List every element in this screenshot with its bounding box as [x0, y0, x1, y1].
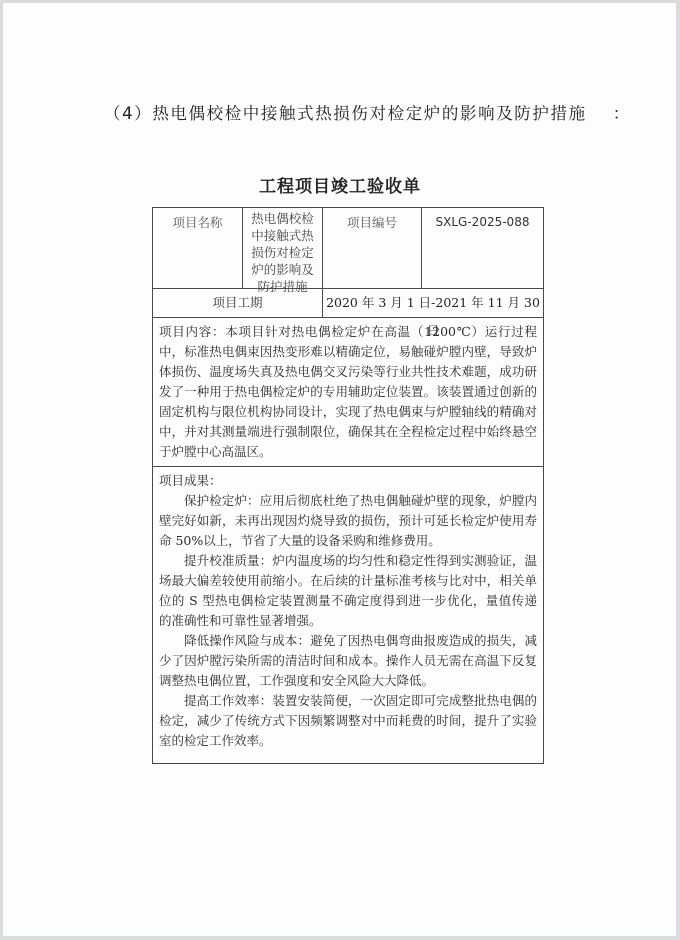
table-row-name: 项目名称 热电偶校检中接触式热损伤对检定炉的影响及防护措施 项目编号 SXLG-… [153, 208, 543, 289]
section-colon: ： [613, 104, 631, 123]
project-no-value: SXLG-2025-088 [422, 208, 543, 288]
project-content: 项目内容：本项目针对热电偶检定炉在高温（1200℃）运行过程中，标准热电偶束因热… [153, 318, 543, 466]
table-row-results: 项目成果： 保护检定炉：应用后彻底杜绝了热电偶触碰炉壁的现象，炉膛内壁完好如新，… [153, 467, 543, 764]
section-title: 热电偶校检中接触式热损伤对检定炉的影响及防护措施 [152, 104, 586, 123]
section-heading: （4）热电偶校检中接触式热损伤对检定炉的影响及防护措施： [104, 100, 631, 124]
acceptance-form-table: 项目名称 热电偶校检中接触式热损伤对检定炉的影响及防护措施 项目编号 SXLG-… [152, 207, 544, 764]
result-item: 提高工作效率：装置安装简便，一次固定即可完成整批热电偶的检定，减少了传统方式下因… [159, 691, 537, 751]
results-label: 项目成果： [159, 471, 537, 491]
result-item: 提升校准质量：炉内温度场的均匀性和稳定性得到实测验证，温场最大偏差较使用前缩小。… [159, 551, 537, 631]
project-results: 项目成果： 保护检定炉：应用后彻底杜绝了热电偶触碰炉壁的现象，炉膛内壁完好如新，… [153, 467, 543, 763]
result-item: 保护检定炉：应用后彻底杜绝了热电偶触碰炉壁的现象，炉膛内壁完好如新，未再出现因灼… [159, 491, 537, 551]
table-row-period: 项目工期 2020 年 3 月 1 日-2021 年 11 月 30 日 [153, 289, 543, 318]
result-item: 降低操作风险与成本：避免了因热电偶弯曲报废造成的损失，减少了因炉膛污染所需的清洁… [159, 631, 537, 691]
project-name-value: 热电偶校检中接触式热损伤对检定炉的影响及防护措施 [243, 208, 323, 288]
table-row-content: 项目内容：本项目针对热电偶检定炉在高温（1200℃）运行过程中，标准热电偶束因热… [153, 318, 543, 467]
section-number: （4） [104, 104, 152, 123]
form-title: 工程项目竣工验收单 [0, 172, 680, 197]
project-no-label: 项目编号 [323, 208, 422, 288]
period-label: 项目工期 [153, 289, 323, 317]
period-value: 2020 年 3 月 1 日-2021 年 11 月 30 日 [323, 289, 543, 317]
project-name-label: 项目名称 [153, 208, 243, 288]
